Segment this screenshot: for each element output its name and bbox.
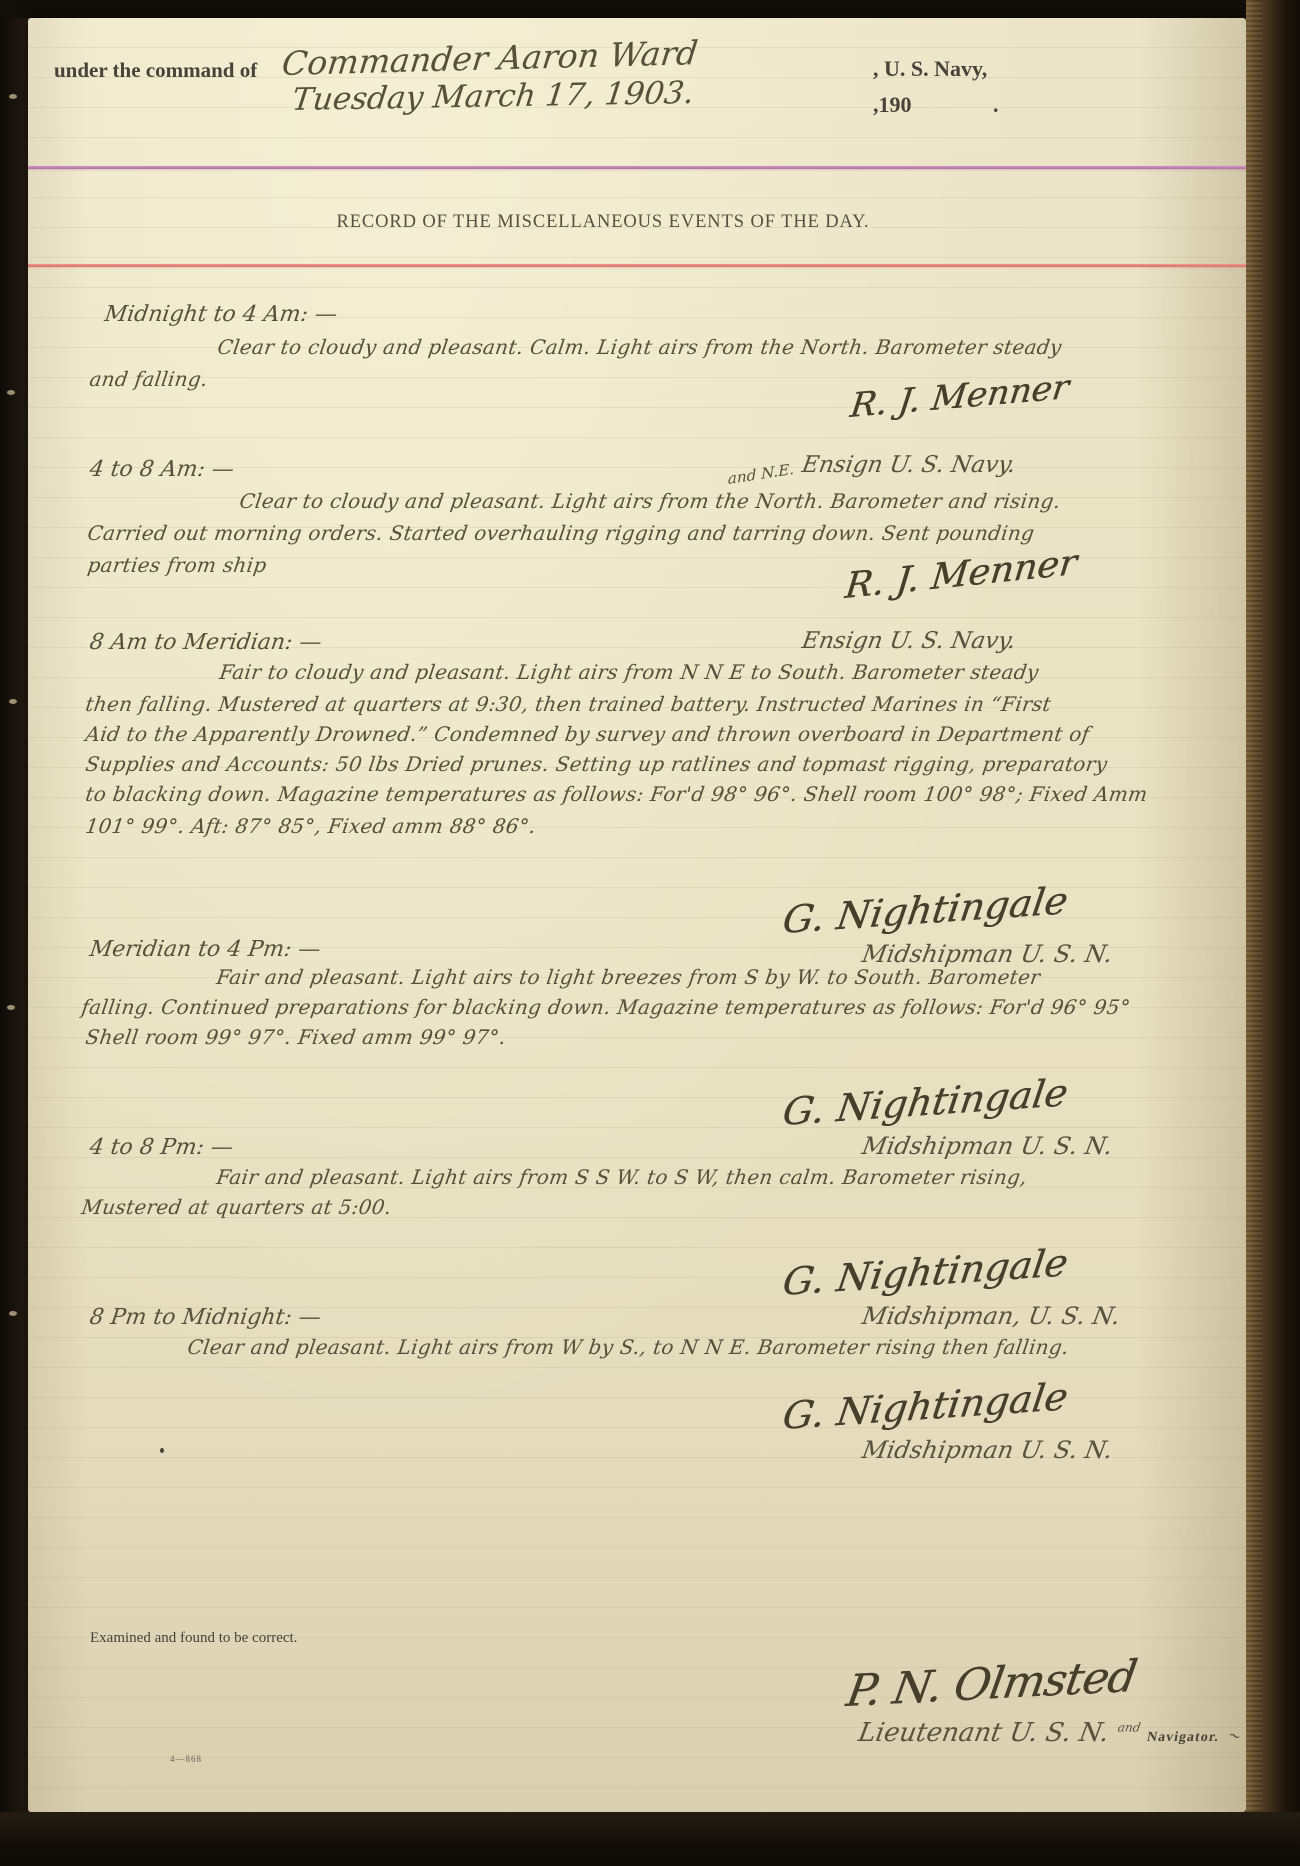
red-rule-line	[28, 264, 1246, 267]
stitch-mark	[9, 699, 17, 704]
entry-5-line: Clear and pleasant. Light airs from W by…	[186, 1335, 1070, 1359]
entry-3-line: Fair and pleasant. Light airs to light b…	[215, 965, 1042, 989]
entry-2-line: then falling. Mustered at quarters at 9:…	[84, 692, 1053, 716]
entry-3-signature: G. Nightingale	[780, 1071, 1071, 1134]
entry-3-line: Shell room 99° 97°. Fixed amm 99° 97°.	[84, 1025, 508, 1049]
entry-3-heading: Meridian to 4 Pm: —	[88, 937, 322, 962]
entry-0-heading: Midnight to 4 Am: —	[103, 302, 339, 327]
navigator-rank-line: Lieutenant U. S. N. and Navigator. ~	[856, 1718, 1244, 1748]
photo-edge-top	[0, 0, 1300, 18]
entry-0-signature-rank: Ensign U. S. Navy.	[800, 452, 1018, 478]
entry-2-line: Aid to the Apparently Drowned.” Condemne…	[84, 722, 1091, 746]
year-period: .	[993, 92, 999, 118]
entry-4-line: Fair and pleasant. Light airs from S S W…	[215, 1165, 1029, 1189]
entry-3-signature-rank: Midshipman U. S. N.	[860, 1132, 1115, 1160]
pink-rule-line	[28, 166, 1246, 169]
year-label: ,190	[873, 92, 912, 118]
entry-1-heading: 4 to 8 Am: —	[88, 457, 236, 482]
log-page: under the command of Commander Aaron War…	[28, 18, 1246, 1812]
entry-2-line: to blacking down. Magazine temperatures …	[84, 782, 1149, 806]
examined-note: Examined and found to be correct.	[90, 1630, 297, 1647]
entry-4-signature: G. Nightingale	[780, 1241, 1071, 1304]
entry-1-line: Carried out morning orders. Started over…	[86, 521, 1036, 545]
navigator-rank-text: Lieutenant U. S. N.	[856, 1718, 1111, 1748]
entry-2-heading: 8 Am to Meridian: —	[88, 630, 323, 655]
entry-2-signature: G. Nightingale	[780, 879, 1071, 942]
entry-2-line: 101° 99°. Aft: 87° 85°, Fixed amm 88° 86…	[84, 814, 538, 838]
us-navy-label: , U. S. Navy,	[873, 56, 987, 82]
entry-4-line: Mustered at quarters at 5:00.	[80, 1195, 393, 1219]
stitch-mark	[7, 390, 15, 395]
entry-1-line: Clear to cloudy and pleasant. Light airs…	[238, 489, 1062, 513]
ink-speck	[160, 1448, 164, 1453]
photo-edge-bottom	[0, 1812, 1300, 1866]
section-title: RECORD OF THE MISCELLANEOUS EVENTS OF TH…	[28, 212, 1178, 233]
navigator-rank-and: and	[1117, 1720, 1142, 1734]
entry-1-signature: R. J. Menner	[843, 542, 1079, 607]
stitch-mark	[7, 1005, 15, 1010]
entry-5-heading: 8 Pm to Midnight: —	[88, 1305, 323, 1330]
stitch-mark	[9, 1311, 17, 1316]
command-of-label: under the command of	[54, 58, 257, 83]
stitch-mark	[9, 94, 17, 99]
date-handwritten: Tuesday March 17, 1903.	[290, 75, 696, 118]
book-page-edges	[1246, 0, 1300, 1866]
form-number: 4—868	[170, 1754, 202, 1764]
entry-0-line: Clear to cloudy and pleasant. Calm. Ligh…	[216, 335, 1063, 359]
pen-flourish: ~	[1224, 1724, 1245, 1746]
entry-1-insertion: and N.E.	[728, 460, 795, 488]
entry-1-line: parties from ship	[86, 553, 268, 577]
entry-0-signature: R. J. Menner	[848, 367, 1071, 426]
book-binding	[0, 0, 28, 1866]
navigator-signature: P. N. Olmsted	[843, 1651, 1140, 1717]
entry-1-signature-rank: Ensign U. S. Navy.	[800, 628, 1018, 654]
scanned-logbook-photo: under the command of Commander Aaron War…	[0, 0, 1300, 1866]
entry-0-line: and falling.	[88, 367, 209, 391]
entry-5-signature: G. Nightingale	[780, 1375, 1071, 1438]
entry-2-line: Supplies and Accounts: 50 lbs Dried prun…	[84, 752, 1109, 776]
entry-4-heading: 4 to 8 Pm: —	[88, 1135, 235, 1160]
entry-2-line: Fair to cloudy and pleasant. Light airs …	[218, 660, 1040, 684]
entry-2-signature-rank: Midshipman U. S. N.	[860, 940, 1115, 968]
navigator-printed-label: Navigator.	[1146, 1730, 1221, 1745]
entry-5-signature-rank: Midshipman U. S. N.	[860, 1436, 1115, 1464]
entry-3-line: falling. Continued preparations for blac…	[80, 995, 1132, 1019]
entry-4-signature-rank: Midshipman, U. S. N.	[860, 1302, 1122, 1330]
